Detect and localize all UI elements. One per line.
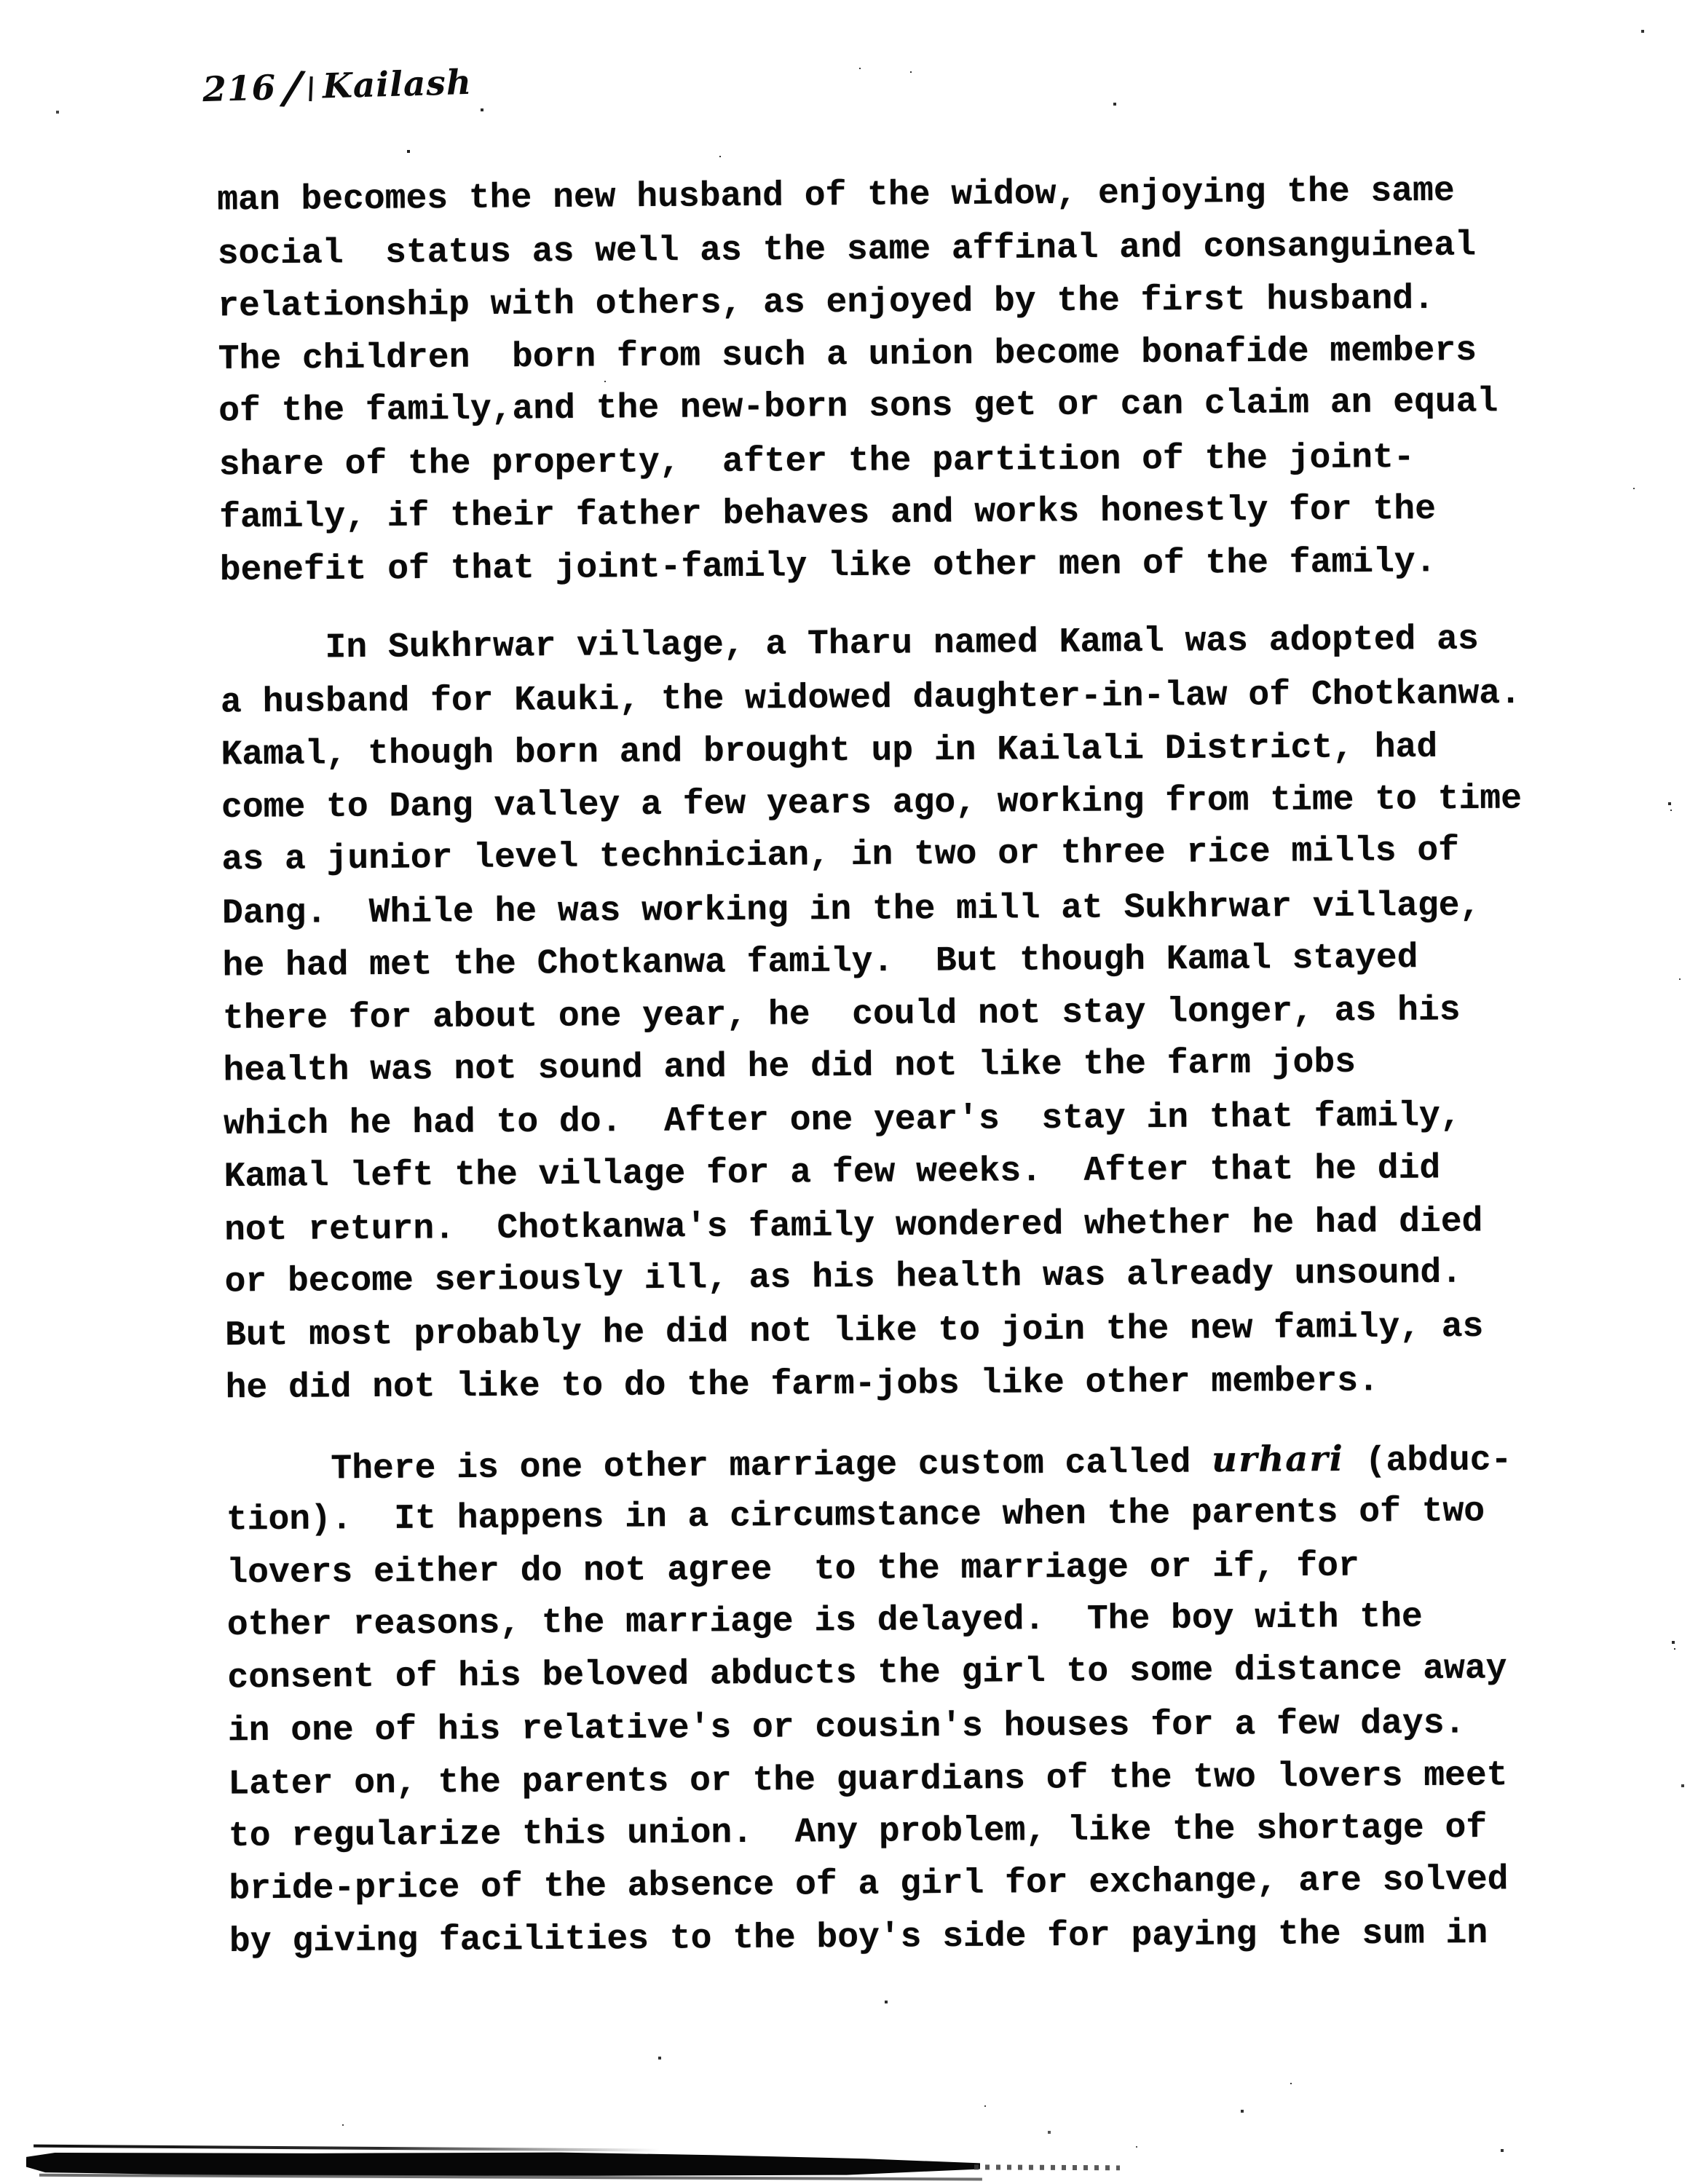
slash-separator: / xyxy=(283,60,304,115)
text-line: man becomes the new husband of the widow… xyxy=(217,164,1600,227)
text-line: of the family,and the new-born sons get … xyxy=(218,375,1602,438)
text-line: Dang. While he was working in the mill a… xyxy=(222,879,1606,940)
page-header: 216/Kailash xyxy=(202,52,473,112)
text-line: relationship with others, as enjoyed by … xyxy=(218,272,1601,333)
smudge-top-line xyxy=(33,2145,660,2152)
text-line: which he had to do. After one year's sta… xyxy=(224,1088,1607,1151)
text-line: as a junior level technician, in two or … xyxy=(221,823,1605,887)
bottom-scan-smudge xyxy=(26,2141,1118,2184)
text-line: benefit of that joint-family like other … xyxy=(220,534,1603,597)
page-number: 216 xyxy=(202,68,277,110)
text-line: lovers either do not agree to the marria… xyxy=(226,1538,1610,1599)
text-line: But most probably he did not like to joi… xyxy=(225,1299,1608,1362)
text-line: In Sukhrwar village, a Tharu named Kamal… xyxy=(220,612,1603,676)
text-line: by giving facilities to the boy's side f… xyxy=(229,1907,1613,1969)
text-line: a husband for Kauki, the widowed daughte… xyxy=(221,667,1604,729)
scan-artifact-tick xyxy=(309,76,312,101)
text-line: bride-price of the absence of a girl for… xyxy=(229,1853,1612,1916)
scan-noise-specks xyxy=(0,0,1,1)
text-line: or become seriously ill, as his health w… xyxy=(224,1246,1608,1309)
text-line: he did not like to do the farm-jobs like… xyxy=(225,1353,1608,1415)
paragraph-1: man becomes the new husband of the widow… xyxy=(217,165,1603,597)
text-block: man becomes the new husband of the widow… xyxy=(217,165,1613,1995)
text-line: family, if their father behaves and work… xyxy=(219,482,1603,545)
book-title: Kailash xyxy=(322,63,473,107)
text-line: share of the property, after the partiti… xyxy=(219,430,1603,491)
text-line: There is one other marriage custom calle… xyxy=(226,1431,1609,1494)
document-page: 216/Kailash man becomes the new husband … xyxy=(0,0,1690,2184)
text-line: in one of his relative's or cousin's hou… xyxy=(228,1696,1611,1757)
text-line: Kamal left the village for a few weeks. … xyxy=(224,1142,1607,1204)
text-line: tion). It happens in a circumstance when… xyxy=(226,1484,1610,1547)
text-line: social status as well as the same affina… xyxy=(218,218,1601,281)
paragraph-3: There is one other marriage custom calle… xyxy=(226,1431,1613,1969)
text-line: he had met the Chotkanwa family. But tho… xyxy=(222,930,1606,993)
text-line: health was not sound and he did not like… xyxy=(223,1034,1606,1098)
text-line: Kamal, though born and brought up in Kai… xyxy=(221,720,1604,781)
smudge-tail xyxy=(974,2164,1120,2170)
text-line: consent of his beloved abducts the girl … xyxy=(227,1642,1611,1705)
paragraph-2: In Sukhrwar village, a Tharu named Kamal… xyxy=(220,614,1609,1415)
text-line: Later on, the parents or the guardians o… xyxy=(228,1749,1611,1811)
